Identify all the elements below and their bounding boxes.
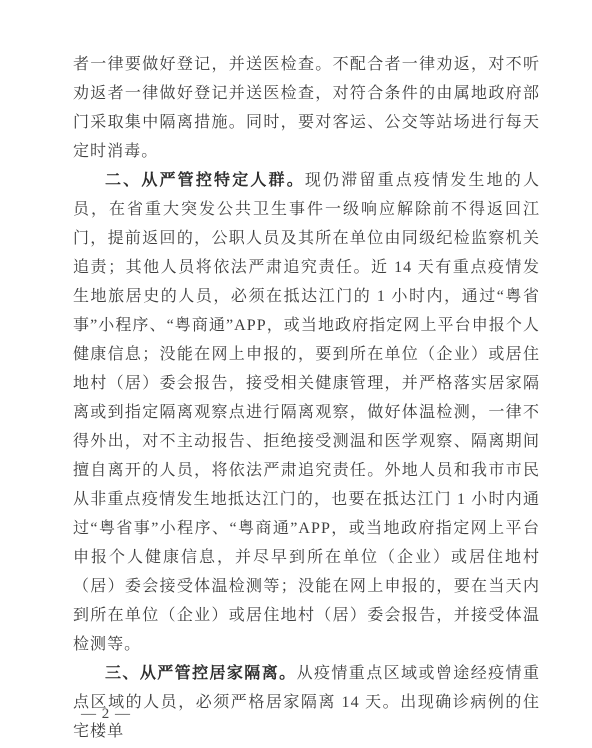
- paragraph-text: 现仍滞留重点疫情发生地的人员，在省重大突发公共卫生事件一级响应解除前不得返回江门…: [73, 172, 540, 653]
- paragraph-heading: 二、从严管控特定人群。: [105, 172, 305, 189]
- paragraph: 二、从严管控特定人群。现仍滞留重点疫情发生地的人员，在省重大突发公共卫生事件一级…: [73, 166, 540, 659]
- paragraph-text: 者一律要做好登记，并送医检查。不配合者一律劝返，对不听劝返者一律做好登记并送医检…: [73, 56, 540, 160]
- paragraph: 三、从严管控居家隔离。从疫情重点区域或曾途经疫情重点区域的人员，必须严格居家隔离…: [73, 659, 540, 746]
- document-body: 者一律要做好登记，并送医检查。不配合者一律劝返，对不听劝返者一律做好登记并送医检…: [73, 50, 540, 746]
- document-page: 者一律要做好登记，并送医检查。不配合者一律劝返，对不听劝返者一律做好登记并送医检…: [0, 0, 592, 748]
- paragraph: 者一律要做好登记，并送医检查。不配合者一律劝返，对不听劝返者一律做好登记并送医检…: [73, 50, 540, 166]
- page-number: — 2 —: [81, 704, 131, 724]
- paragraph-heading: 三、从严管控居家隔离。: [105, 665, 297, 682]
